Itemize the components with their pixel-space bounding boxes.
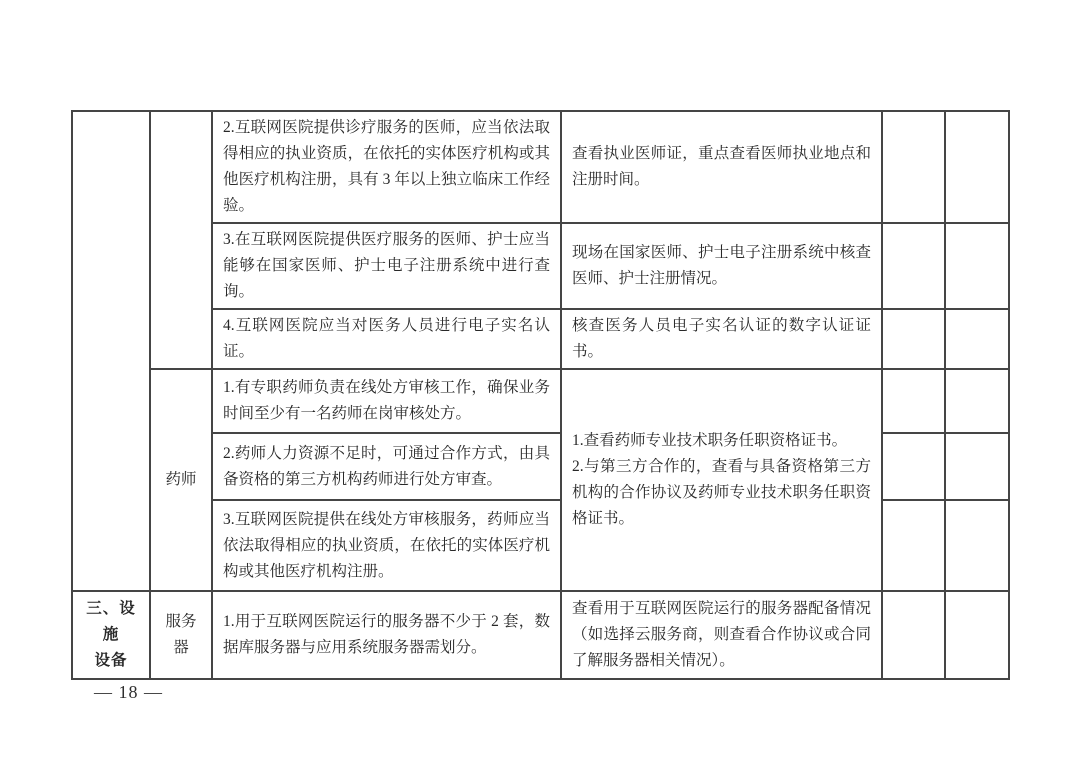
table-row: 2.互联网医院提供诊疗服务的医师，应当依法取得相应的执业资质，在依托的实体医疗机… (72, 111, 1009, 223)
requirement-cell: 4.互联网医院应当对医务人员进行电子实名认证。 (212, 309, 561, 369)
score-cell-empty (882, 500, 945, 591)
remark-cell-empty (945, 369, 1009, 433)
category-cell-facilities: 三、设施 设备 (72, 591, 150, 679)
verification-cell-merged: 1.查看药师专业技术职务任职资格证书。 2.与第三方合作的，查看与具备资格第三方… (561, 369, 882, 591)
remark-cell-empty (945, 111, 1009, 223)
remark-cell-empty (945, 433, 1009, 500)
remark-cell-empty (945, 500, 1009, 591)
table-row: 药师 1.有专职药师负责在线处方审核工作，确保业务时间至少有一名药师在岗审核处方… (72, 369, 1009, 433)
requirement-cell: 2.药师人力资源不足时，可通过合作方式，由具备资格的第三方机构药师进行处方审查。 (212, 433, 561, 500)
remark-cell-empty (945, 309, 1009, 369)
table-row: 3.在互联网医院提供医疗服务的医师、护士应当能够在国家医师、护士电子注册系统中进… (72, 223, 1009, 309)
role-cell-continued (150, 111, 212, 369)
score-cell-empty (882, 309, 945, 369)
requirement-cell: 2.互联网医院提供诊疗服务的医师，应当依法取得相应的执业资质，在依托的实体医疗机… (212, 111, 561, 223)
role-cell-server: 服务器 (150, 591, 212, 679)
requirement-cell: 3.在互联网医院提供医疗服务的医师、护士应当能够在国家医师、护士电子注册系统中进… (212, 223, 561, 309)
document-page: 2.互联网医院提供诊疗服务的医师，应当依法取得相应的执业资质，在依托的实体医疗机… (0, 0, 1080, 763)
verification-cell: 核查医务人员电子实名认证的数字认证证书。 (561, 309, 882, 369)
category-cell-continued (72, 111, 150, 591)
page-number: — 18 — (94, 682, 163, 703)
verification-cell: 查看用于互联网医院运行的服务器配备情况（如选择云服务商，则查看合作协议或合同了解… (561, 591, 882, 679)
requirement-cell: 1.用于互联网医院运行的服务器不少于 2 套，数据库服务器与应用系统服务器需划分… (212, 591, 561, 679)
audit-checklist-table: 2.互联网医院提供诊疗服务的医师，应当依法取得相应的执业资质，在依托的实体医疗机… (71, 110, 1010, 680)
verification-cell: 现场在国家医师、护士电子注册系统中核查医师、护士注册情况。 (561, 223, 882, 309)
requirement-cell: 1.有专职药师负责在线处方审核工作，确保业务时间至少有一名药师在岗审核处方。 (212, 369, 561, 433)
table-row: 4.互联网医院应当对医务人员进行电子实名认证。 核查医务人员电子实名认证的数字认… (72, 309, 1009, 369)
remark-cell-empty (945, 591, 1009, 679)
score-cell-empty (882, 111, 945, 223)
score-cell-empty (882, 433, 945, 500)
role-cell-pharmacist: 药师 (150, 369, 212, 591)
verification-cell: 查看执业医师证，重点查看医师执业地点和注册时间。 (561, 111, 882, 223)
requirement-cell: 3.互联网医院提供在线处方审核服务，药师应当依法取得相应的执业资质，在依托的实体… (212, 500, 561, 591)
remark-cell-empty (945, 223, 1009, 309)
score-cell-empty (882, 369, 945, 433)
score-cell-empty (882, 223, 945, 309)
score-cell-empty (882, 591, 945, 679)
table-row: 三、设施 设备 服务器 1.用于互联网医院运行的服务器不少于 2 套，数据库服务… (72, 591, 1009, 679)
